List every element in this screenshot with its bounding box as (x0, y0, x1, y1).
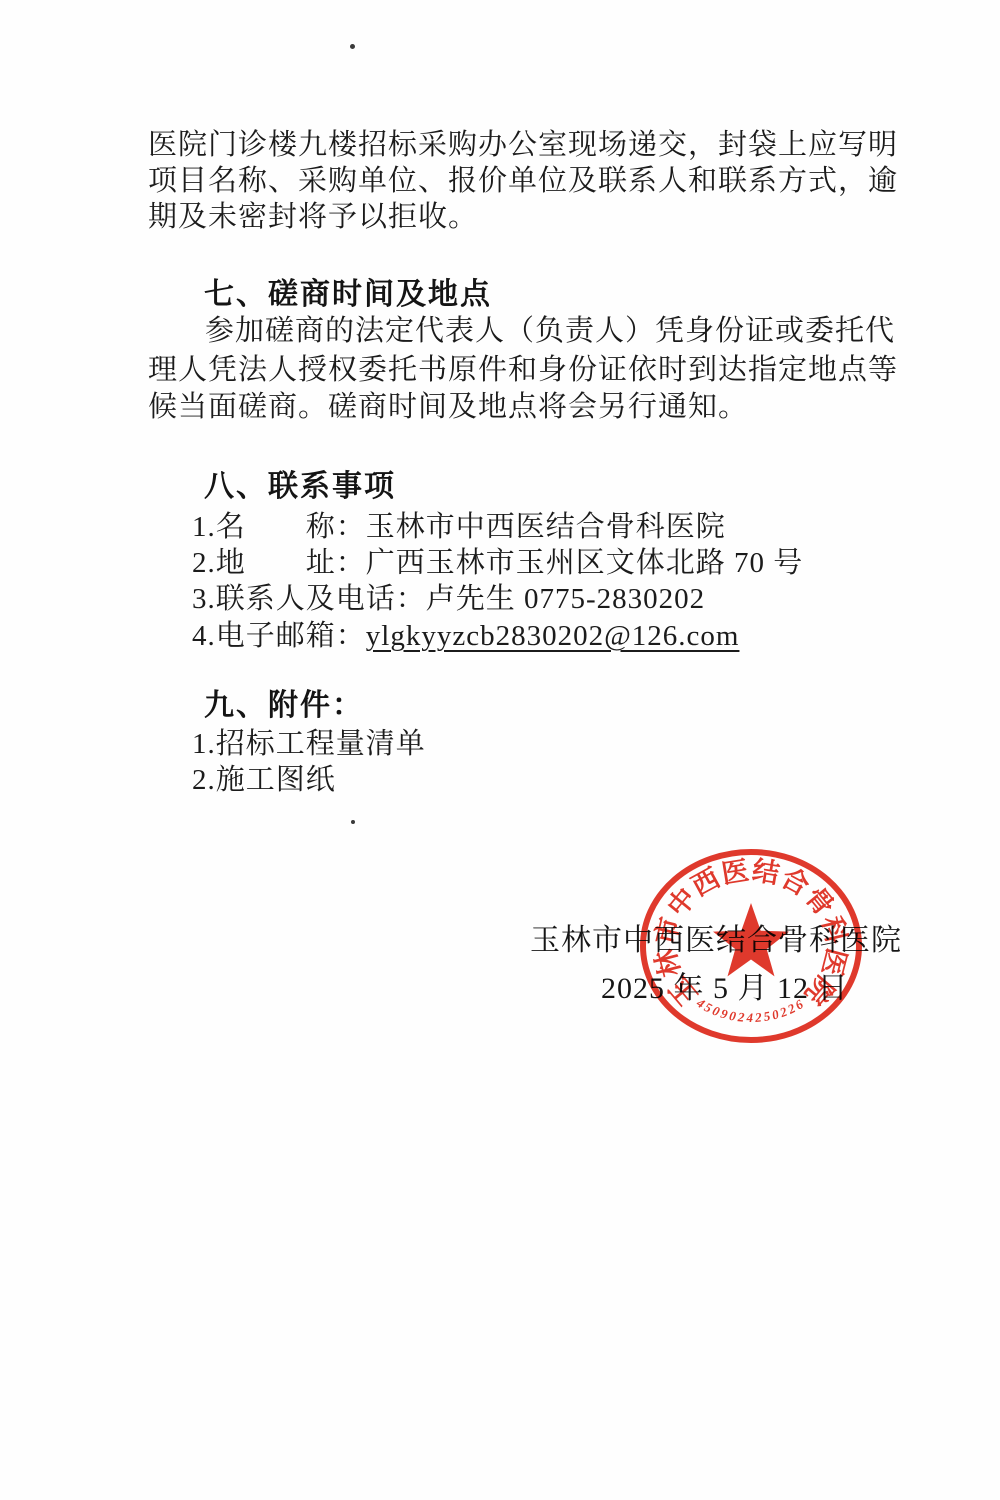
contact-address-line: 2.地 址：广西玉林市玉州区文体北路 70 号 (192, 545, 803, 581)
contact-name-line: 1.名 称：玉林市中西医结合骨科医院 (192, 509, 726, 545)
section-time-place-line: 理人凭法人授权委托书原件和身份证依时到达指定地点等 (148, 352, 898, 388)
document-page: 医院门诊楼九楼招标采购办公室现场递交，封袋上应写明 项目名称、采购单位、报价单位… (0, 0, 1000, 1500)
scan-speck (350, 44, 355, 49)
scan-speck (351, 820, 355, 824)
paragraph-submission-line: 期及未密封将予以拒收。 (148, 199, 478, 235)
contact-phone-line: 3.联系人及电话：卢先生 0775-2830202 (192, 581, 705, 617)
section-heading-time-place: 七、磋商时间及地点 (204, 277, 492, 313)
email-value: ylgkyyzcb2830202@126.com (366, 620, 740, 652)
paragraph-submission-line: 项目名称、采购单位、报价单位及联系人和联系方式，逾 (148, 163, 898, 199)
contact-email-line: 4.电子邮箱：ylgkyyzcb2830202@126.com (192, 618, 739, 654)
official-seal: 玉林市中西医结合骨科医院 4509024250226 (636, 846, 868, 1050)
official-seal-graphic: 玉林市中西医结合骨科医院 4509024250226 (636, 846, 868, 1050)
paragraph-submission-line: 医院门诊楼九楼招标采购办公室现场递交，封袋上应写明 (148, 127, 898, 163)
section-heading-attachments: 九、附件： (204, 688, 364, 724)
seal-star-icon (713, 903, 789, 976)
attachment-item: 2.施工图纸 (192, 762, 336, 798)
seal-serial-number: 4509024250226 (693, 995, 808, 1026)
section-heading-contact: 八、联系事项 (204, 469, 396, 505)
section-time-place-line: 候当面磋商。磋商时间及地点将会另行通知。 (148, 389, 748, 425)
attachment-item: 1.招标工程量清单 (192, 726, 426, 762)
section-time-place-line: 参加磋商的法定代表人（负责人）凭身份证或委托代 (205, 313, 895, 349)
email-label: 4.电子邮箱： (192, 620, 366, 652)
